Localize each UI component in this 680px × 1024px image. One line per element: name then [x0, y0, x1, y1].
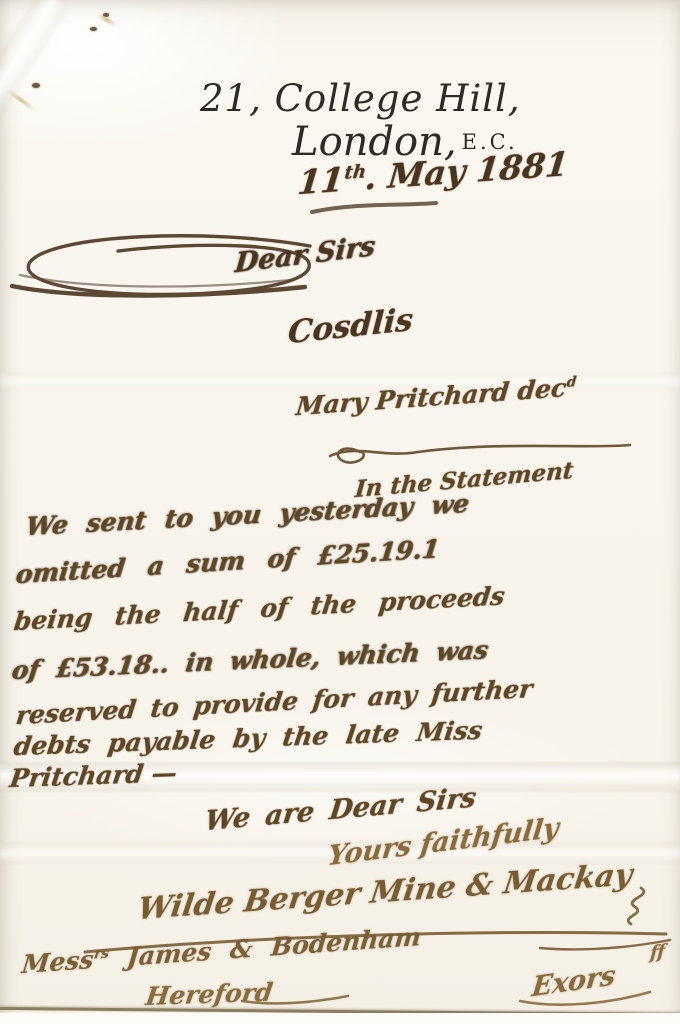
- signature-zigzag: [628, 888, 644, 924]
- recipient-extra: Exors: [531, 962, 617, 1001]
- pin-hole: [90, 27, 97, 31]
- scanned-letter-page: 21, College Hill, London, E.C. 11th. May…: [0, 0, 680, 1024]
- salutation: Dear Sirs: [234, 233, 376, 278]
- fold-crease: [0, 372, 680, 390]
- body-line: Pritchard —: [8, 760, 178, 791]
- signature: Wilde Berger Mine & Mackay: [136, 860, 634, 925]
- recipient-city: Hereford: [144, 980, 274, 1010]
- recipient-line: Messrs James & Bodenham: [21, 924, 423, 977]
- recipient-prefix: Mess: [20, 945, 95, 979]
- pin-hole: [32, 83, 40, 88]
- subject-line: Mary Pritchard decd: [295, 374, 577, 419]
- subject-main: Mary Pritchard dec: [294, 373, 567, 421]
- body-line: being the half of the proceeds: [12, 583, 506, 634]
- body-line: omitted a sum of £25.19.1: [15, 536, 441, 587]
- letterhead-address: 21, College Hill,: [200, 80, 521, 117]
- subject-sup: d: [566, 374, 577, 391]
- corner-crease: [0, 0, 69, 203]
- subject-underline-flourish: [330, 445, 630, 463]
- date-day: 11: [296, 160, 346, 203]
- body-line: of £53.18.. in whole, which was: [10, 637, 489, 683]
- per-initials: ff: [649, 943, 665, 963]
- body-line: We sent to you yesterday we: [24, 491, 470, 539]
- recipient-name: James & Bodenham: [107, 922, 423, 973]
- date-underline: [312, 203, 436, 212]
- date-suffix: th: [343, 161, 367, 184]
- scan-margin: [0, 1013, 680, 1024]
- case-title: Cosdlis: [287, 305, 414, 350]
